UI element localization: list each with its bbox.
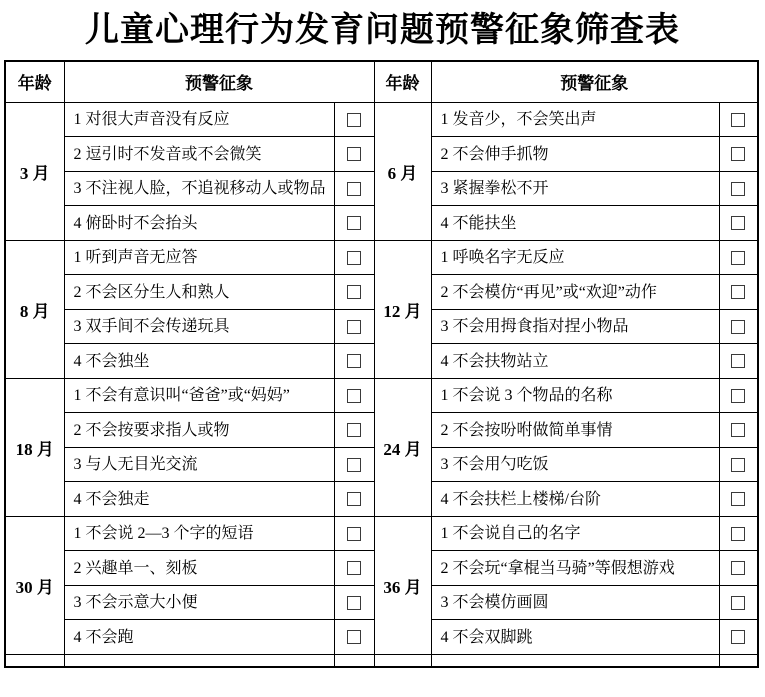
sign-item: 1 不会有意识叫“爸爸”或“妈妈” bbox=[64, 378, 334, 413]
checkbox-cell[interactable] bbox=[719, 309, 758, 344]
screening-table: 年龄 预警征象 年龄 预警征象 3 月 1 对很大声音没有反应 6 月 1 发音… bbox=[4, 60, 759, 668]
checkbox-cell[interactable] bbox=[719, 447, 758, 482]
age-cell-18m: 18 月 bbox=[5, 378, 64, 516]
page-title: 儿童心理行为发育问题预警征象筛查表 bbox=[0, 0, 765, 60]
sign-item: 4 不会独走 bbox=[64, 482, 334, 517]
checkbox-cell[interactable] bbox=[334, 551, 374, 586]
sign-item: 1 对很大声音没有反应 bbox=[64, 102, 334, 137]
checkbox-cell[interactable] bbox=[334, 378, 374, 413]
checkbox-icon[interactable] bbox=[731, 216, 745, 230]
sign-item: 3 不会模仿画圆 bbox=[431, 585, 719, 620]
age-cell-6m: 6 月 bbox=[374, 102, 431, 240]
checkbox-icon[interactable] bbox=[731, 320, 745, 334]
sign-item: 3 紧握拳松不开 bbox=[431, 171, 719, 206]
sign-item: 4 不会跑 bbox=[64, 620, 334, 655]
checkbox-cell[interactable] bbox=[719, 206, 758, 241]
checkbox-icon[interactable] bbox=[731, 423, 745, 437]
checkbox-cell[interactable] bbox=[334, 137, 374, 172]
checkbox-icon[interactable] bbox=[347, 492, 361, 506]
checkbox-icon[interactable] bbox=[347, 630, 361, 644]
sign-item: 2 不会按要求指人或物 bbox=[64, 413, 334, 448]
checkbox-icon[interactable] bbox=[731, 354, 745, 368]
table-row: 8 月 1 听到声音无应答 12 月 1 呼唤名字无反应 bbox=[5, 240, 758, 275]
age-cell-12m: 12 月 bbox=[374, 240, 431, 378]
sign-item: 4 不能扶坐 bbox=[431, 206, 719, 241]
checkbox-cell[interactable] bbox=[719, 620, 758, 655]
checkbox-cell[interactable] bbox=[334, 344, 374, 379]
sign-item: 2 不会伸手抓物 bbox=[431, 137, 719, 172]
sign-item: 1 不会说自己的名字 bbox=[431, 516, 719, 551]
checkbox-icon[interactable] bbox=[347, 251, 361, 265]
checkbox-icon[interactable] bbox=[347, 285, 361, 299]
checkbox-cell bbox=[719, 654, 758, 667]
sign-item: 2 兴趣单一、刻板 bbox=[64, 551, 334, 586]
sign-item: 1 呼唤名字无反应 bbox=[431, 240, 719, 275]
checkbox-icon[interactable] bbox=[731, 113, 745, 127]
screening-form-page: { "title": "儿童心理行为发育问题预警征象筛查表", "header"… bbox=[0, 0, 765, 697]
checkbox-cell[interactable] bbox=[719, 585, 758, 620]
checkbox-icon[interactable] bbox=[731, 596, 745, 610]
age-cell bbox=[374, 654, 431, 667]
checkbox-cell[interactable] bbox=[719, 413, 758, 448]
checkbox-icon[interactable] bbox=[347, 458, 361, 472]
checkbox-icon[interactable] bbox=[347, 147, 361, 161]
header-age-left: 年龄 bbox=[5, 61, 64, 103]
sign-item: 3 不会用勺吃饭 bbox=[431, 447, 719, 482]
checkbox-icon[interactable] bbox=[347, 354, 361, 368]
age-cell-36m: 36 月 bbox=[374, 516, 431, 654]
sign-item: 1 不会说 3 个物品的名称 bbox=[431, 378, 719, 413]
sign-item: 1 听到声音无应答 bbox=[64, 240, 334, 275]
sign-item: 2 不会模仿“再见”或“欢迎”动作 bbox=[431, 275, 719, 310]
sign-item: 1 不会说 2—3 个字的短语 bbox=[64, 516, 334, 551]
age-cell-8m: 8 月 bbox=[5, 240, 64, 378]
checkbox-icon[interactable] bbox=[347, 389, 361, 403]
checkbox-icon[interactable] bbox=[731, 458, 745, 472]
checkbox-icon[interactable] bbox=[347, 320, 361, 334]
checkbox-icon[interactable] bbox=[347, 113, 361, 127]
checkbox-icon[interactable] bbox=[731, 630, 745, 644]
sign-item: 4 不会独坐 bbox=[64, 344, 334, 379]
sign-item: 2 不会玩“拿棍当马骑”等假想游戏 bbox=[431, 551, 719, 586]
table-row: 30 月 1 不会说 2—3 个字的短语 36 月 1 不会说自己的名字 bbox=[5, 516, 758, 551]
sign-item: 4 不会双脚跳 bbox=[431, 620, 719, 655]
checkbox-cell[interactable] bbox=[334, 413, 374, 448]
checkbox-cell[interactable] bbox=[719, 240, 758, 275]
checkbox-icon[interactable] bbox=[731, 147, 745, 161]
header-row: 年龄 预警征象 年龄 预警征象 bbox=[5, 61, 758, 103]
checkbox-cell[interactable] bbox=[334, 240, 374, 275]
checkbox-cell[interactable] bbox=[719, 171, 758, 206]
sign-item: 4 俯卧时不会抬头 bbox=[64, 206, 334, 241]
checkbox-cell[interactable] bbox=[334, 585, 374, 620]
sign-item: 3 双手间不会传递玩具 bbox=[64, 309, 334, 344]
checkbox-icon[interactable] bbox=[731, 285, 745, 299]
checkbox-cell[interactable] bbox=[334, 275, 374, 310]
sign-item: 2 不会按吩咐做简单事情 bbox=[431, 413, 719, 448]
checkbox-icon[interactable] bbox=[731, 389, 745, 403]
age-cell bbox=[5, 654, 64, 667]
sign-item: 4 不会扶物站立 bbox=[431, 344, 719, 379]
table-row: 18 月 1 不会有意识叫“爸爸”或“妈妈” 24 月 1 不会说 3 个物品的… bbox=[5, 378, 758, 413]
checkbox-cell[interactable] bbox=[719, 378, 758, 413]
checkbox-cell[interactable] bbox=[719, 275, 758, 310]
checkbox-cell[interactable] bbox=[334, 447, 374, 482]
header-signs-right: 预警征象 bbox=[431, 61, 758, 103]
header-age-right: 年龄 bbox=[374, 61, 431, 103]
checkbox-cell[interactable] bbox=[334, 620, 374, 655]
checkbox-icon[interactable] bbox=[347, 216, 361, 230]
checkbox-icon[interactable] bbox=[731, 251, 745, 265]
checkbox-cell[interactable] bbox=[334, 516, 374, 551]
checkbox-cell[interactable] bbox=[719, 482, 758, 517]
checkbox-icon[interactable] bbox=[347, 596, 361, 610]
checkbox-cell bbox=[334, 654, 374, 667]
sign-item: 3 不会用拇食指对捏小物品 bbox=[431, 309, 719, 344]
age-cell-30m: 30 月 bbox=[5, 516, 64, 654]
header-signs-left: 预警征象 bbox=[64, 61, 374, 103]
checkbox-icon[interactable] bbox=[347, 527, 361, 541]
sign-item: 2 逗引时不发音或不会微笑 bbox=[64, 137, 334, 172]
table-row: 3 月 1 对很大声音没有反应 6 月 1 发音少，不会笑出声 bbox=[5, 102, 758, 137]
checkbox-cell[interactable] bbox=[334, 102, 374, 137]
sign-item: 4 不会扶栏上楼梯/台阶 bbox=[431, 482, 719, 517]
checkbox-cell[interactable] bbox=[719, 551, 758, 586]
checkbox-icon[interactable] bbox=[347, 182, 361, 196]
checkbox-cell[interactable] bbox=[334, 206, 374, 241]
checkbox-icon[interactable] bbox=[347, 561, 361, 575]
sign-item bbox=[64, 654, 334, 667]
checkbox-cell[interactable] bbox=[334, 171, 374, 206]
age-cell-24m: 24 月 bbox=[374, 378, 431, 516]
sign-item: 1 发音少，不会笑出声 bbox=[431, 102, 719, 137]
table-row-partial bbox=[5, 654, 758, 667]
sign-item: 2 不会区分生人和熟人 bbox=[64, 275, 334, 310]
checkbox-icon[interactable] bbox=[731, 492, 745, 506]
sign-item: 3 不会示意大小便 bbox=[64, 585, 334, 620]
checkbox-cell[interactable] bbox=[334, 309, 374, 344]
sign-item: 3 不注视人脸，不追视移动人或物品 bbox=[64, 171, 334, 206]
checkbox-icon[interactable] bbox=[731, 182, 745, 196]
checkbox-cell[interactable] bbox=[719, 137, 758, 172]
age-cell-3m: 3 月 bbox=[5, 102, 64, 240]
checkbox-cell[interactable] bbox=[719, 344, 758, 379]
checkbox-icon[interactable] bbox=[347, 423, 361, 437]
checkbox-cell[interactable] bbox=[334, 482, 374, 517]
sign-item: 3 与人无目光交流 bbox=[64, 447, 334, 482]
sign-item bbox=[431, 654, 719, 667]
checkbox-icon[interactable] bbox=[731, 561, 745, 575]
checkbox-cell[interactable] bbox=[719, 102, 758, 137]
checkbox-icon[interactable] bbox=[731, 527, 745, 541]
checkbox-cell[interactable] bbox=[719, 516, 758, 551]
